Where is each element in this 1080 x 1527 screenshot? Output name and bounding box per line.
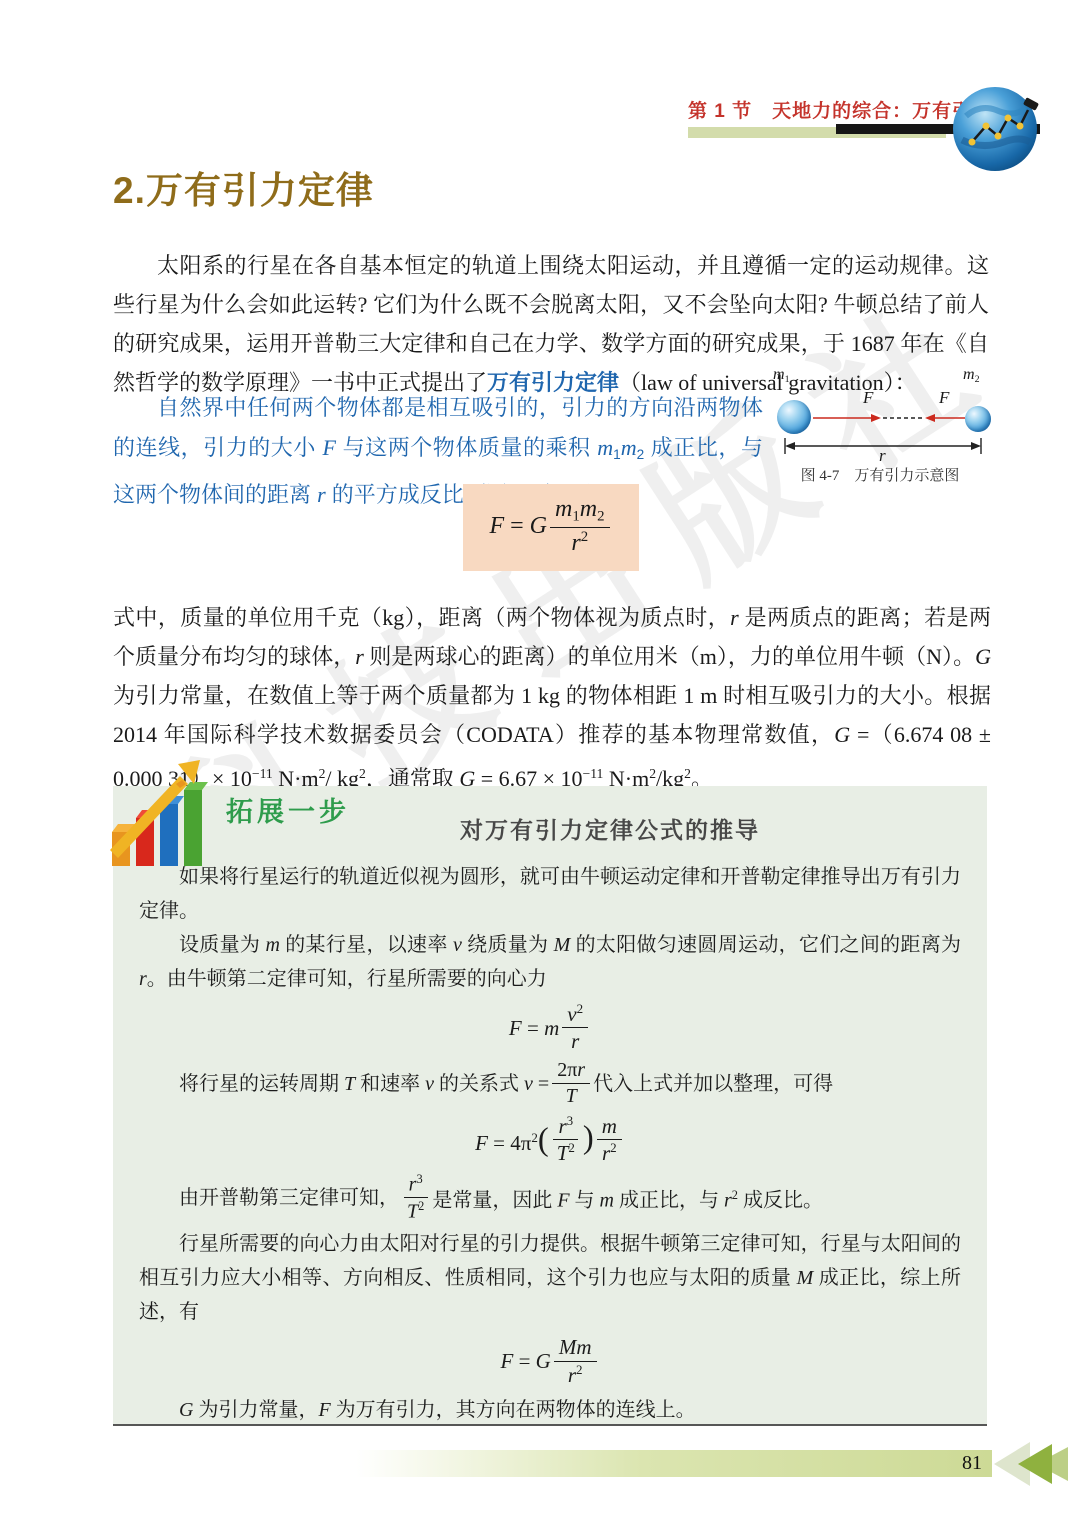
derivation-paragraph-6: G 为引力常量，F 为万有引力，其方向在两物体的连线上。 bbox=[139, 1393, 961, 1427]
gravitation-derived-formula: F = G Mmr2 bbox=[139, 1335, 961, 1386]
figure-caption: 图 4-7 万有引力示意图 bbox=[771, 464, 989, 485]
expand-section-box: 如果将行星运行的轨道近似视为圆形，就可由牛顿运动定律和开普勒定律推导出万有引力定… bbox=[113, 786, 987, 1426]
force-right-label: F bbox=[939, 388, 949, 408]
page-number: 81 bbox=[962, 1452, 992, 1475]
law-formula: F = G m1m2r2 bbox=[489, 496, 612, 557]
bar-chart-growth-icon bbox=[102, 754, 218, 872]
page-corner-arrows-icon bbox=[994, 1441, 1068, 1487]
expand-body: 如果将行星运行的轨道近似视为圆形，就可由牛顿运动定律和开普勒定律推导出万有引力定… bbox=[113, 786, 987, 1427]
units-paragraph: 式中，质量的单位用千克（kg），距离（两个物体视为质点时，r 是两质点的距离；若… bbox=[113, 598, 991, 798]
footer-bar: 81 bbox=[356, 1450, 992, 1477]
expand-section-label: 拓展一步 bbox=[226, 790, 350, 829]
derivation-paragraph-1: 如果将行星运行的轨道近似视为圆形，就可由牛顿运动定律和开普勒定律推导出万有引力定… bbox=[139, 860, 961, 928]
derivation-paragraph-4: 由开普勒第三定律可知，r3T2 是常量，因此 F 与 m 成正比，与 r2 成反… bbox=[139, 1172, 961, 1224]
law-formula-box: F = G m1m2r2 bbox=[463, 484, 638, 571]
derivation-paragraph-2: 设质量为 m 的某行星，以速率 v 绕质量为 M 的太阳做匀速圆周运动，它们之间… bbox=[139, 928, 961, 996]
force-left-label: F bbox=[863, 388, 873, 408]
textbook-page: 科技出版社 第 1 节 天地力的综合：万有引力定律 bbox=[0, 0, 1080, 1527]
page-title: 2.万有引力定律 bbox=[113, 160, 374, 214]
globe-icon bbox=[948, 80, 1042, 174]
figure-4-7: m1 m2 F F r 图 4-7 万有引力示意图 bbox=[771, 370, 989, 490]
derivation-paragraph-3: 将行星的运转周期 T 和速率 v 的关系式 v = 2πrT 代入上式并加以整理… bbox=[139, 1059, 961, 1108]
expand-section-title: 对万有引力定律公式的推导 bbox=[350, 812, 870, 845]
distance-label: r bbox=[879, 446, 886, 466]
law-formula-wrap: F = G m1m2r2 bbox=[113, 484, 989, 571]
derivation-paragraph-5: 行星所需要的向心力由太阳对行星的引力提供。根据牛顿第三定律可知，行星与太阳间的相… bbox=[139, 1227, 961, 1329]
centripetal-force-formula: F = m v2r bbox=[139, 1002, 961, 1053]
substituted-formula: F = 4π2(r3T2) mr2 bbox=[139, 1114, 961, 1165]
